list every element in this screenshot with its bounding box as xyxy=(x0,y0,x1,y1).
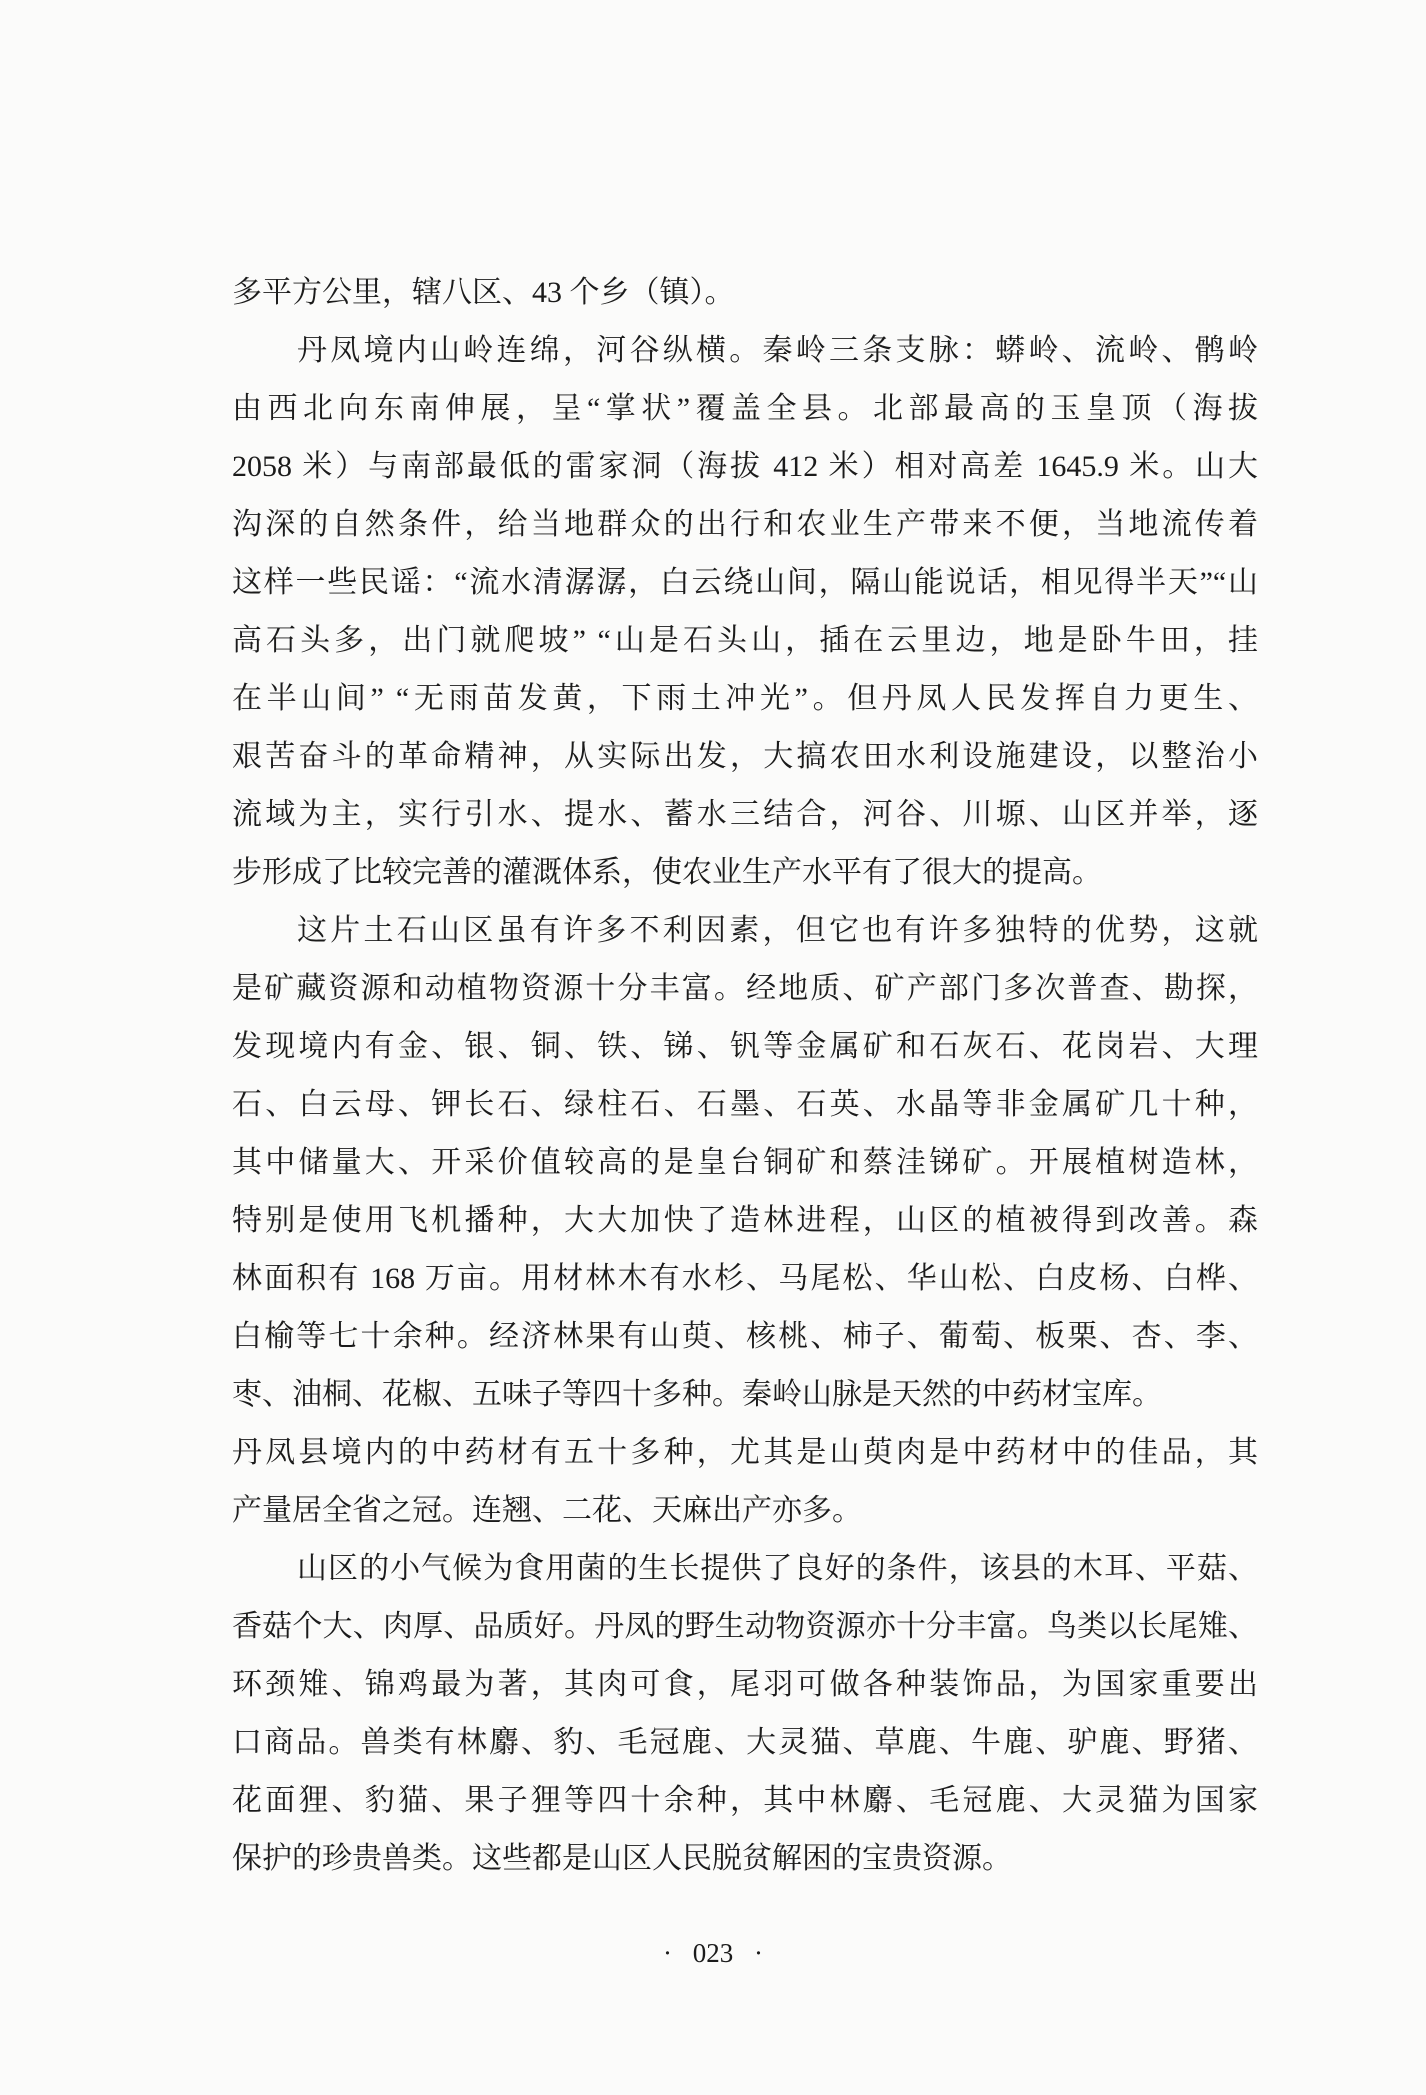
text-line: 白榆等七十余种。经济林果有山萸、核桃、柿子、葡萄、板栗、杏、李、 xyxy=(232,1308,1258,1366)
text-line: 这片土石山区虽有许多不利因素，但它也有许多独特的优势，这就 xyxy=(232,902,1258,960)
text-line: 步形成了比较完善的灌溉体系，使农业生产水平有了很大的提高。 xyxy=(232,844,1258,902)
text-line: 多平方公里，辖八区、43 个乡（镇）。 xyxy=(232,264,1258,322)
text-line: 特别是使用飞机播种，大大加快了造林进程，山区的植被得到改善。森 xyxy=(232,1192,1258,1250)
text-line: 其中储量大、开采价值较高的是皇台铜矿和蔡洼锑矿。开展植树造林， xyxy=(232,1134,1258,1192)
text-line: 林面积有 168 万亩。用材林木有水杉、马尾松、华山松、白皮杨、白桦、 xyxy=(232,1250,1258,1308)
paragraph: 丹凤境内山岭连绵，河谷纵横。秦岭三条支脉：蟒岭、流岭、鹘岭 由西北向东南伸展，呈… xyxy=(232,322,1258,902)
text-line: 花面狸、豹猫、果子狸等四十余种，其中林麝、毛冠鹿、大灵猫为国家 xyxy=(232,1772,1258,1830)
text-line: 发现境内有金、银、铜、铁、锑、钒等金属矿和石灰石、花岗岩、大理 xyxy=(232,1018,1258,1076)
text-line: 保护的珍贵兽类。这些都是山区人民脱贫解困的宝贵资源。 xyxy=(232,1830,1258,1888)
text-line: 2058 米）与南部最低的雷家洞（海拔 412 米）相对高差 1645.9 米。… xyxy=(232,438,1258,496)
text-line: 香菇个大、肉厚、品质好。丹凤的野生动物资源亦十分丰富。鸟类以长尾雉、 xyxy=(232,1598,1258,1656)
text-line: 是矿藏资源和动植物资源十分丰富。经地质、矿产部门多次普查、勘探， xyxy=(232,960,1258,1018)
text-line: 沟深的自然条件，给当地群众的出行和农业生产带来不便，当地流传着 xyxy=(232,496,1258,554)
text-line: 枣、油桐、花椒、五味子等四十多种。秦岭山脉是天然的中药材宝库。 xyxy=(232,1366,1258,1424)
body-text: 多平方公里，辖八区、43 个乡（镇）。 丹凤境内山岭连绵，河谷纵横。秦岭三条支脉… xyxy=(232,264,1258,1888)
text-line: 石、白云母、钾长石、绿柱石、石墨、石英、水晶等非金属矿几十种， xyxy=(232,1076,1258,1134)
text-line: 丹凤境内山岭连绵，河谷纵横。秦岭三条支脉：蟒岭、流岭、鹘岭 xyxy=(232,322,1258,380)
paragraph: 这片土石山区虽有许多不利因素，但它也有许多独特的优势，这就 是矿藏资源和动植物资… xyxy=(232,902,1258,1540)
text-line: 口商品。兽类有林麝、豹、毛冠鹿、大灵猫、草鹿、牛鹿、驴鹿、野猪、 xyxy=(232,1714,1258,1772)
document-page: 多平方公里，辖八区、43 个乡（镇）。 丹凤境内山岭连绵，河谷纵横。秦岭三条支脉… xyxy=(0,0,1426,2095)
page-number: · 023 · xyxy=(0,1936,1426,1970)
text-line: 在半山间” “无雨苗发黄，下雨土冲光”。但丹凤人民发挥自力更生、 xyxy=(232,670,1258,728)
text-line: 由西北向东南伸展，呈“掌状”覆盖全县。北部最高的玉皇顶（海拔 xyxy=(232,380,1258,438)
text-line: 环颈雉、锦鸡最为著，其肉可食，尾羽可做各种装饰品，为国家重要出 xyxy=(232,1656,1258,1714)
text-line: 山区的小气候为食用菌的生长提供了良好的条件，该县的木耳、平菇、 xyxy=(232,1540,1258,1598)
text-line: 流域为主，实行引水、提水、蓄水三结合，河谷、川塬、山区并举，逐 xyxy=(232,786,1258,844)
text-line: 艰苦奋斗的革命精神，从实际出发，大搞农田水利设施建设，以整治小 xyxy=(232,728,1258,786)
text-line: 高石头多，出门就爬坡” “山是石头山，插在云里边，地是卧牛田，挂 xyxy=(232,612,1258,670)
text-line: 丹凤县境内的中药材有五十多种，尤其是山萸肉是中药材中的佳品，其 xyxy=(232,1424,1258,1482)
text-line: 产量居全省之冠。连翘、二花、天麻出产亦多。 xyxy=(232,1482,1258,1540)
paragraph: 山区的小气候为食用菌的生长提供了良好的条件，该县的木耳、平菇、 香菇个大、肉厚、… xyxy=(232,1540,1258,1888)
text-line: 这样一些民谣：“流水清潺潺，白云绕山间，隔山能说话，相见得半天”“山 xyxy=(232,554,1258,612)
paragraph: 多平方公里，辖八区、43 个乡（镇）。 xyxy=(232,264,1258,322)
